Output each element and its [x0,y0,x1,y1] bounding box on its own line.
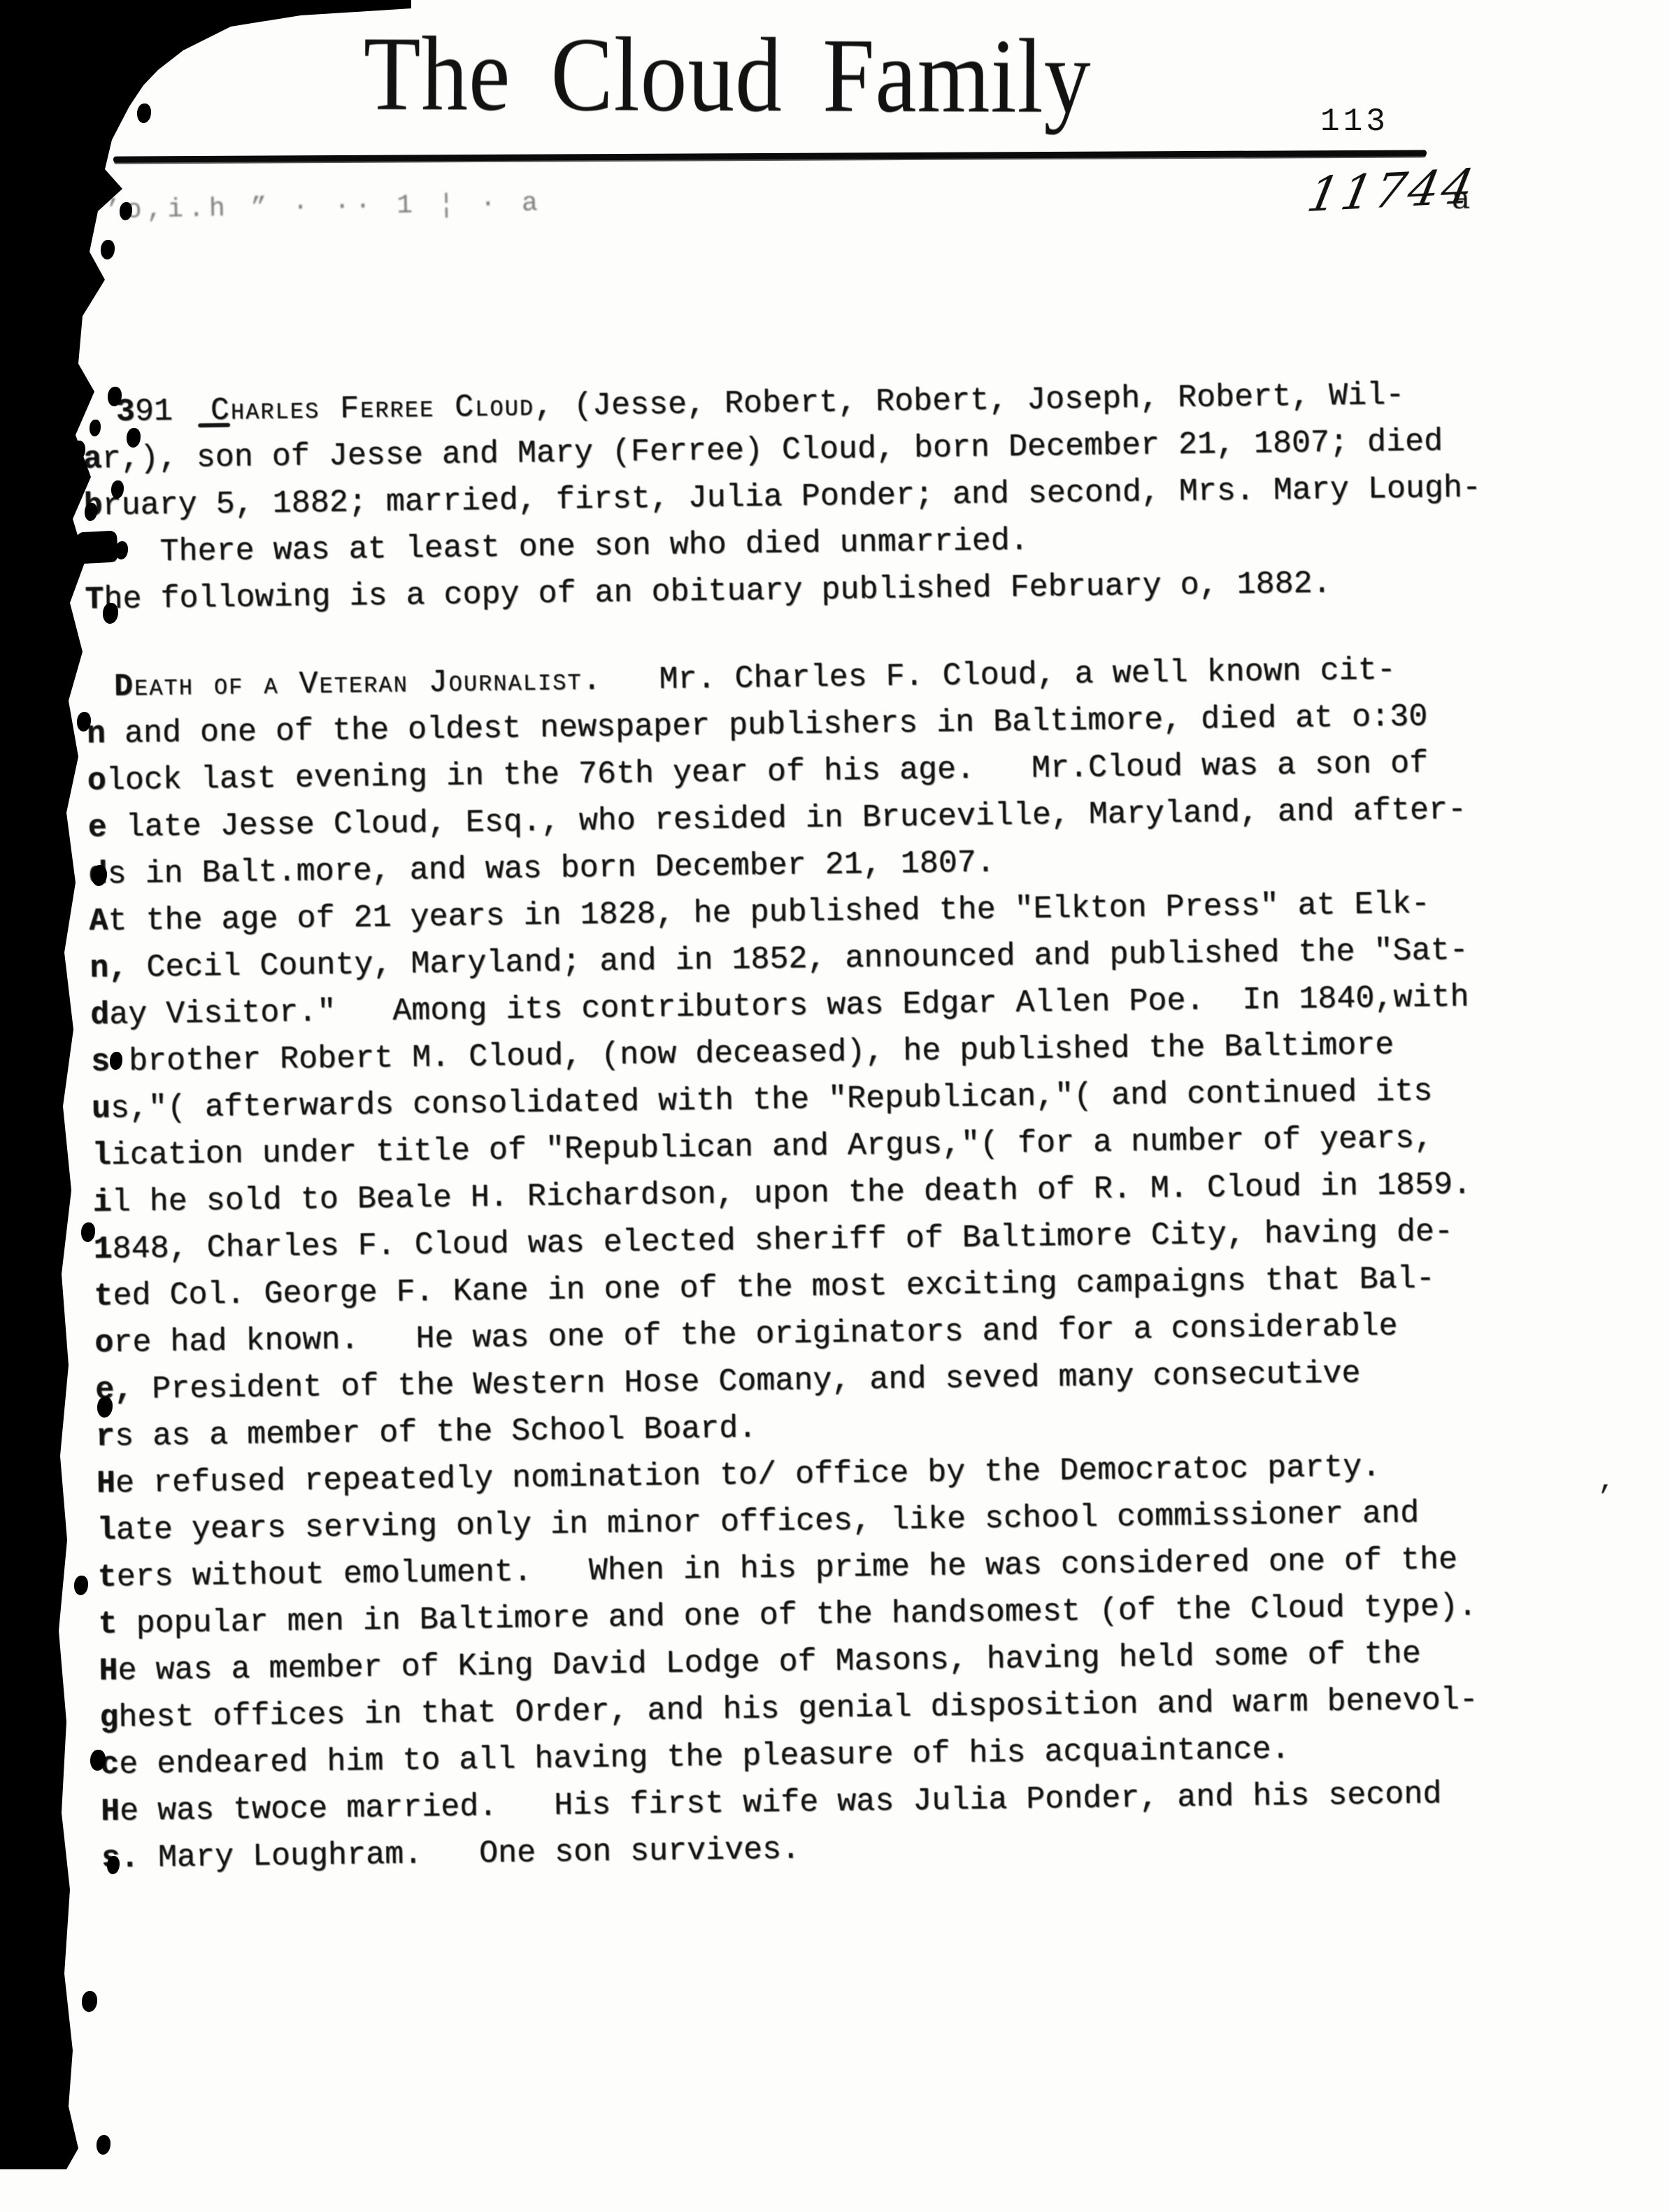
scanned-document-page: The Cloud Family 113 11744 a ’o,i.h ” · … [0,0,1670,2212]
scan-gutter-shadow [0,0,1670,2212]
